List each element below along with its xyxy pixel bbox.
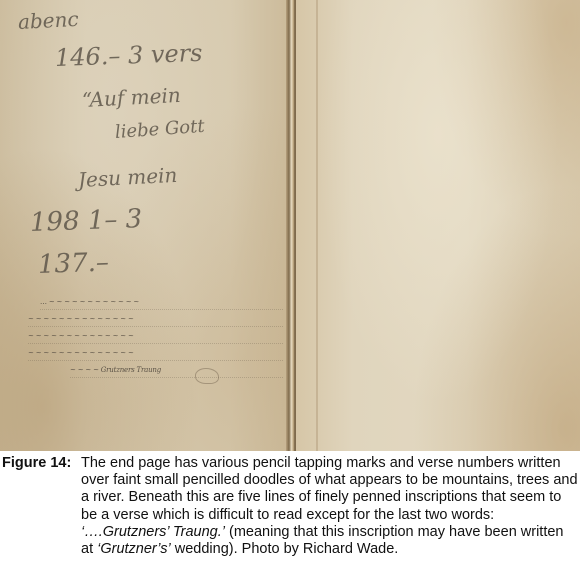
caption-text-part: wedding). Photo by Richard Wade.	[171, 541, 399, 557]
pencil-note: 198 1– 3	[29, 204, 142, 238]
page-crease	[316, 0, 318, 451]
pencil-note: 137.–	[37, 248, 109, 280]
caption-quote: ‘Grutzner’s’	[97, 541, 171, 557]
caption-label: Figure 14:	[2, 455, 78, 558]
pencil-note: abenc	[17, 7, 79, 34]
pencil-note: Jesu mein	[77, 163, 178, 192]
inscription-line: ~ ~ ~ ~ ~ ~ ~ ~ ~ ~ ~ ~ ~ ~	[28, 349, 283, 361]
caption-text-part: The end page has various pencil tapping …	[81, 455, 578, 523]
ink-inscription: … ~ ~ ~ ~ ~ ~ ~ ~ ~ ~ ~ ~ ~ ~ ~ ~ ~ ~ ~ …	[28, 298, 283, 383]
inscription-line: ~ ~ ~ ~ ~ ~ ~ ~ ~ ~ ~ ~ ~ ~	[28, 315, 283, 327]
figure-caption: Figure 14: The end page has various penc…	[2, 455, 578, 558]
pencil-note: 146.– 3 vers	[55, 39, 203, 72]
caption-quote: ‘….Grutzners’ Traung.’	[81, 524, 225, 540]
pencil-note: “Auf mein	[81, 83, 181, 112]
pencil-note: liebe Gott	[114, 116, 205, 143]
book-endpage-photo: abenc 146.– 3 vers “Auf mein liebe Gott …	[0, 0, 580, 451]
right-endpage	[296, 0, 580, 451]
inscription-line: … ~ ~ ~ ~ ~ ~ ~ ~ ~ ~ ~ ~	[40, 298, 283, 310]
pencil-doodle	[195, 368, 219, 384]
caption-text: The end page has various pencil tapping …	[78, 455, 578, 558]
left-endpage: abenc 146.– 3 vers “Auf mein liebe Gott …	[0, 0, 288, 451]
inscription-line: ~ ~ ~ ~ ~ ~ ~ ~ ~ ~ ~ ~ ~ ~	[28, 332, 283, 344]
inscription-line: ~ ~ ~ ~ Grutzners Traung	[70, 366, 283, 378]
